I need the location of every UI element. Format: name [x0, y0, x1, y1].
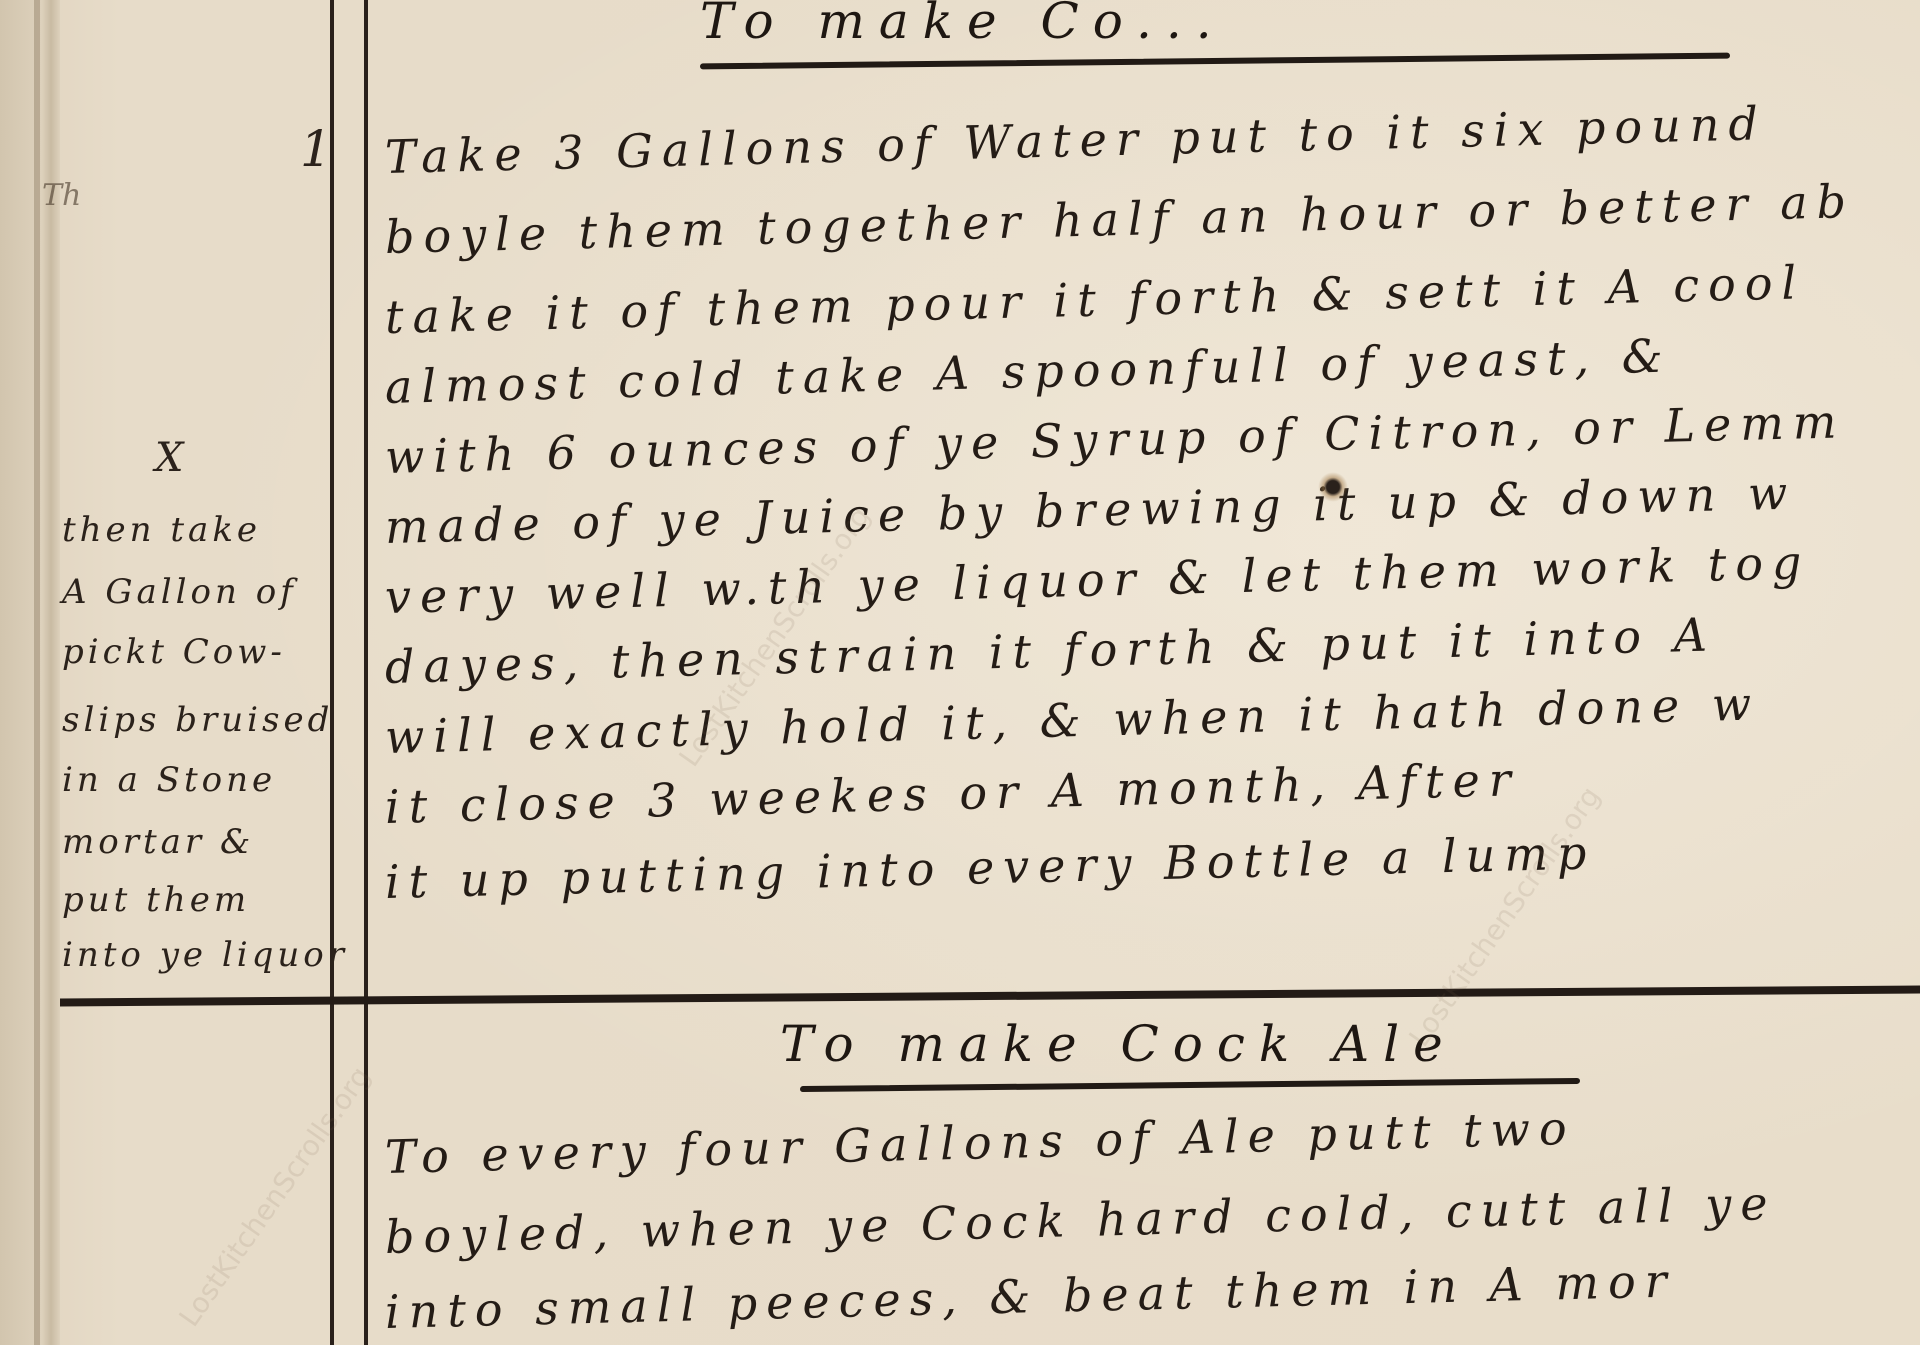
- ink-stain: [1318, 472, 1348, 502]
- recipe-1-line: it close 3 weekes or A month, After: [384, 752, 1520, 834]
- margin-note-line: in a Stone: [62, 760, 276, 800]
- recipe-1-line: boyle them together half an hour or bett…: [384, 174, 1855, 264]
- watermark: LostKitchenScrolls.org: [172, 1060, 376, 1332]
- margin-note-line: then take: [62, 510, 261, 550]
- page-fold: [34, 0, 40, 1345]
- recipe-1-line: it up putting into every Bottle a lump: [384, 825, 1596, 909]
- margin-note-line: put them: [62, 880, 250, 920]
- margin-note-line: slips bruised: [62, 700, 333, 740]
- recipe-1-line: almost cold take A spoonfull of yeast, &: [384, 329, 1672, 414]
- recipe-2-title-underline: [800, 1078, 1580, 1092]
- recipe-2-title: To make Cock Ale: [780, 1015, 1457, 1073]
- manuscript-page: To make Co... 1 Th Take 3 Gallons of Wat…: [0, 0, 1920, 1345]
- margin-insertion-mark: X: [155, 435, 183, 481]
- margin-note-line: into ye liquor: [62, 935, 348, 975]
- margin-rule-right: [364, 0, 368, 1345]
- recipe-1-line: dayes, then strain it forth & put it int…: [384, 607, 1716, 694]
- margin-note-line: mortar &: [62, 822, 254, 862]
- recipe-1-title-underline: [700, 53, 1730, 70]
- recipe-1-line: will exactly hold it, & when it hath don…: [384, 676, 1760, 764]
- watermark: LostKitchenScrolls.org: [1402, 780, 1606, 1052]
- recipe-2-line: To every four Gallons of Ale putt two: [384, 1101, 1576, 1184]
- margin-note-line: pickt Cow-: [62, 632, 286, 672]
- recipe-1-title: To make Co...: [700, 0, 1226, 50]
- recipe-number: 1: [300, 120, 332, 178]
- margin-initials: Th: [42, 178, 81, 213]
- recipe-2-line: into small peeces, & beat them in A mor: [384, 1253, 1676, 1339]
- recipe-divider: [60, 986, 1920, 1007]
- recipe-2-line: boyled, when ye Cock hard cold, cutt all…: [384, 1176, 1777, 1264]
- recipe-1-line: Take 3 Gallons of Water put to it six po…: [384, 96, 1767, 184]
- margin-note-line: A Gallon of: [62, 572, 297, 612]
